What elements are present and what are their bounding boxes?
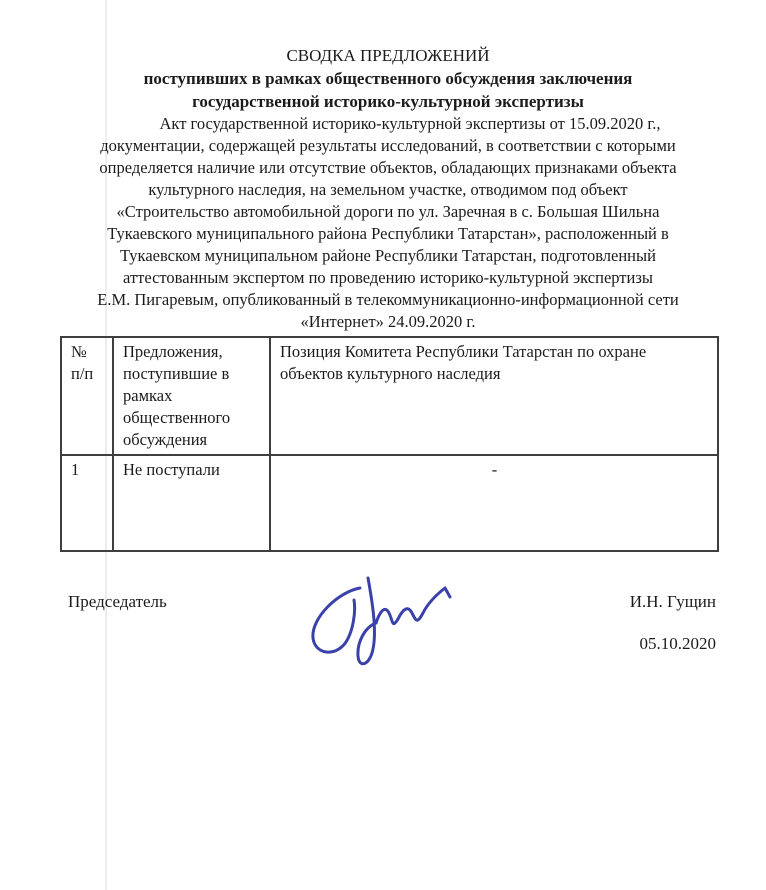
intro-line: Тукаевском муниципальном районе Республи… [60,245,716,267]
intro-line: определяется наличие или отсутствие объе… [60,157,716,179]
signer-role-label: Председатель [68,592,167,612]
document-page: { "document": { "title": "СВОДКА ПРЕДЛОЖ… [0,0,766,890]
header-cell-committee-position: Позиция Комитета Республики Татарстан по… [270,337,718,455]
intro-line: «Строительство автомобильной дороги по у… [60,201,716,223]
table-header-row: № п/п Предложения, поступившие в рамках … [61,337,718,455]
header-cell-number: № п/п [61,337,113,455]
proposals-table: № п/п Предложения, поступившие в рамках … [60,336,719,552]
subtitle-line: поступивших в рамках общественного обсуж… [60,67,716,90]
cell-row-number: 1 [61,455,113,551]
cell-position-value: - [270,455,718,551]
signer-name: И.Н. Гущин [630,592,716,612]
intro-line: аттестованным экспертом по проведению ис… [60,267,716,289]
intro-line: «Интернет» 24.09.2020 г. [60,311,716,333]
table-row: 1 Не поступали - [61,455,718,551]
intro-paragraph: Акт государственной историко-культурной … [60,113,716,333]
subtitle-line: государственной историко-культурной эксп… [60,90,716,113]
intro-line: Е.М. Пигаревым, опубликованный в телеком… [60,289,716,311]
intro-line: Акт государственной историко-культурной … [60,113,716,135]
header-cell-proposals: Предложения, поступившие в рамках общест… [113,337,270,455]
document-title: СВОДКА ПРЕДЛОЖЕНИЙ [60,44,716,67]
handwritten-signature-icon [298,572,458,676]
signature-date: 05.10.2020 [640,634,717,654]
intro-line: культурного наследия, на земельном участ… [60,179,716,201]
signature-block: Председатель И.Н. Гущин 05.10.2020 [60,592,716,712]
intro-line: Тукаевского муниципального района Респуб… [60,223,716,245]
intro-line: документации, содержащей результаты иссл… [60,135,716,157]
document-body: СВОДКА ПРЕДЛОЖЕНИЙ поступивших в рамках … [60,44,716,712]
document-subtitle: поступивших в рамках общественного обсуж… [60,67,716,113]
cell-proposals-value: Не поступали [113,455,270,551]
